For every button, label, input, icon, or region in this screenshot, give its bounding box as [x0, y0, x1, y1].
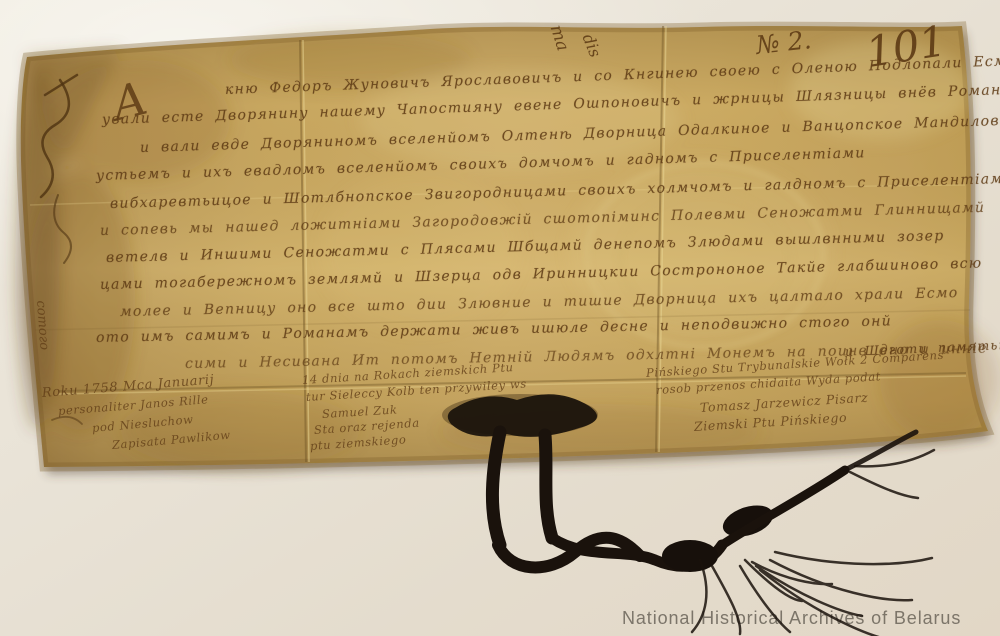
corner-ink-note: dis — [579, 31, 605, 60]
photo-backdrop: National Historical Archives of Belarus — [0, 0, 1000, 636]
corner-ink-note: ma — [546, 22, 573, 53]
archival-number-mark: № 2. — [755, 25, 813, 60]
manuscript-line: ото имъ самимъ и Романамъ держати живъ и… — [96, 313, 892, 346]
manuscript-text-layer: А кню Федоръ Жуновичъ Ярославовичъ и со … — [0, 0, 1000, 636]
margin-vertical-note: сотого — [33, 300, 51, 351]
